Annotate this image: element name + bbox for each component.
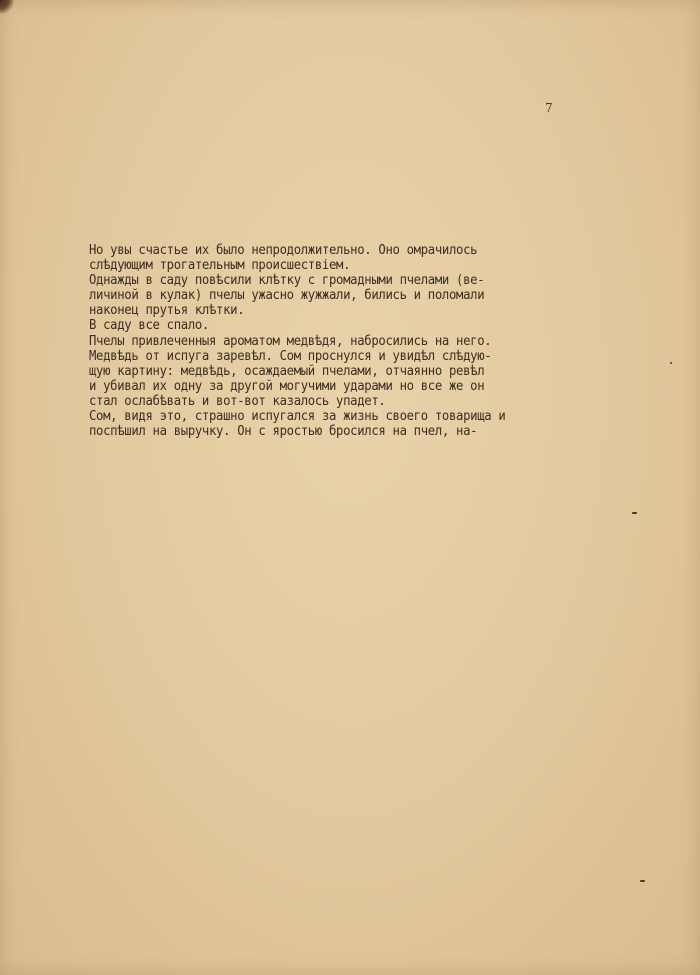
page-corner-shadow [0,0,14,14]
page-number: 7 [545,101,553,115]
text-line: В саду все спало. [89,318,535,333]
text-line: слѣдующим трогательным происшествіем. [89,258,535,273]
text-line: Медвѣдь от испуга заревѣл. Сом проснулся… [89,349,535,364]
text-line: поспѣшил на выручку. Он с яростью бросил… [89,424,535,439]
text-line: наконец прутья клѣтки. [89,303,535,318]
text-line: щую картину: медвѣдь, осаждаемый пчелами… [89,364,535,379]
text-line: личиной в кулак) пчелы ужасно жужжали, б… [89,288,535,303]
paper-speck [670,362,672,364]
text-line: стал ослабѣвать и вот-вот казалось упаде… [89,394,535,409]
text-line: Однажды в саду повѣсили клѣтку с громадн… [89,273,535,288]
text-line: Пчелы привлеченныя ароматом медвѣдя, наб… [89,334,535,349]
text-line: Сом, видя это, страшно испугался за жизн… [89,409,535,424]
paper-speck [640,880,645,882]
text-line: Но увы счастье их было непродолжительно.… [89,243,535,258]
body-text: Но увы счастье их было непродолжительно.… [89,243,535,439]
text-line: и убивал их одну за другой могучими удар… [89,379,535,394]
paper-speck [632,512,637,514]
scanned-book-page: 7 Но увы счастье их было непродолжительн… [0,0,700,975]
